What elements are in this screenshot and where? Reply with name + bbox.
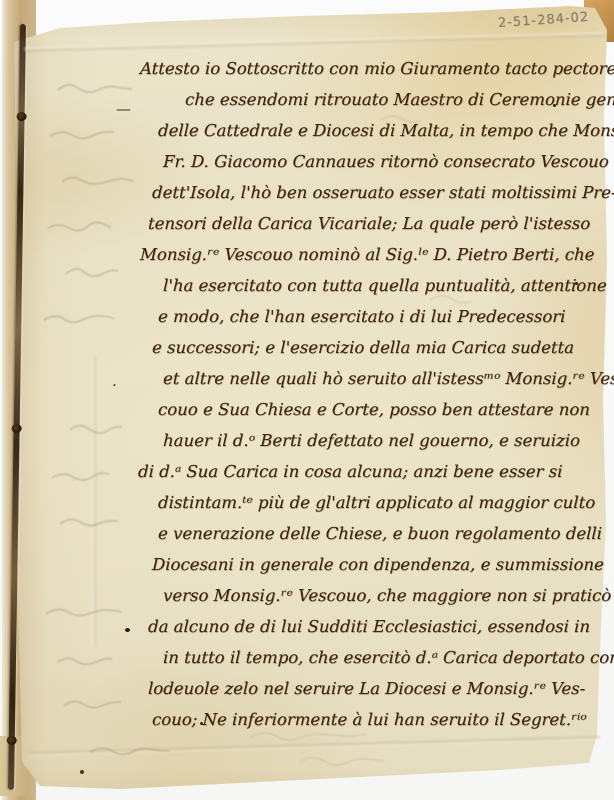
manuscript-line: l'ha esercitato con tutta quella puntual… [162, 272, 614, 303]
manuscript-line: distintam.ᵗᵉ più de gl'altri applicato a… [157, 489, 614, 520]
manuscript-text: Attesto io Sottoscritto con mio Giuramen… [0, 55, 614, 737]
manuscript-line: Monsig.ʳᵉ Vescouo nominò al Sig.ˡᵉ D. Pi… [139, 241, 614, 272]
manuscript-line: hauer il d.ᵒ Berti defettato nel gouerno… [162, 427, 614, 458]
manuscript-line: da alcuno de di lui Sudditi Ecclesiastic… [147, 613, 614, 644]
manuscript-line: di d.ᵃ Sua Carica in cosa alcuna; anzi b… [137, 458, 614, 489]
manuscript-line: Attesto io Sottoscritto con mio Giuramen… [139, 55, 614, 86]
ink-spot [80, 770, 84, 774]
manuscript-line: che essendomi ritrouato Maestro di Cerem… [184, 86, 614, 117]
manuscript-line: couo e Sua Chiesa e Corte, posso ben att… [157, 396, 614, 427]
manuscript-line: Diocesani in generale con dipendenza, e … [151, 551, 614, 582]
manuscript-line: in tutto il tempo, che esercitò d.ᵃ Cari… [162, 644, 614, 675]
manuscript-line: couo; Ne inferiormente à lui han seruito… [151, 706, 614, 737]
manuscript-line: e venerazione delle Chiese, e buon regol… [157, 520, 614, 551]
manuscript-line: tensori della Carica Vicariale; La quale… [147, 210, 614, 241]
manuscript-line: verso Monsig.ʳᵉ Vescouo, che maggiore no… [162, 582, 614, 613]
manuscript-line: et altre nelle quali hò seruito all'iste… [162, 365, 614, 396]
manuscript-line: Fr. D. Giacomo Cannaues ritornò consecra… [162, 148, 614, 179]
manuscript-line: lodeuole zelo nel seruire La Diocesi e M… [147, 675, 614, 706]
manuscript-scan: 2-51-284-02 — · Attesto io Sottoscritto … [0, 0, 614, 800]
manuscript-line: e modo, che l'han esercitato i di lui Pr… [157, 303, 614, 334]
manuscript-line: e successori; e l'esercizio della mia Ca… [151, 334, 614, 365]
manuscript-line: delle Cattedrale e Diocesi di Malta, in … [157, 117, 614, 148]
manuscript-line: dett'Isola, l'hò ben osseruato esser sta… [151, 179, 614, 210]
